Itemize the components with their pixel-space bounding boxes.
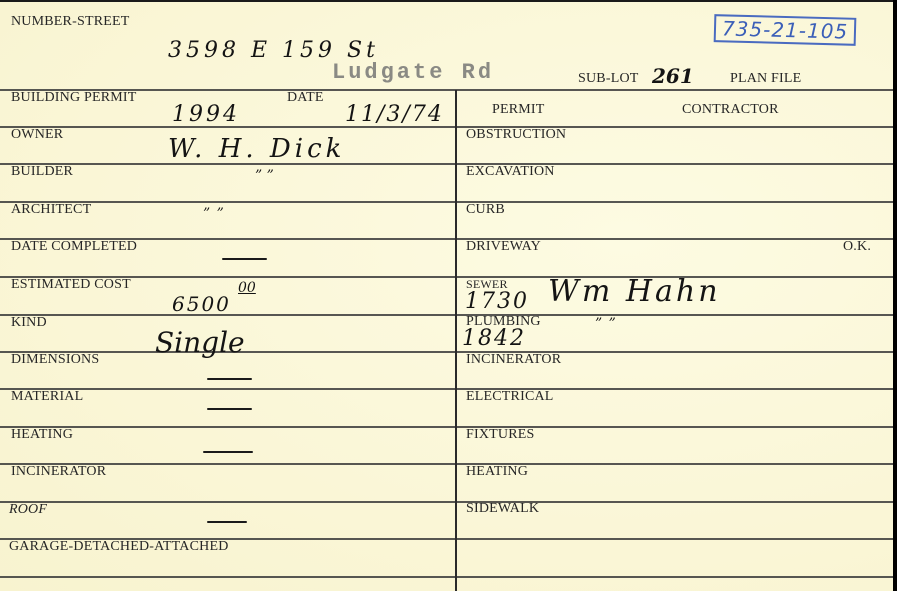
electrical-label: ELECTRICAL [466, 389, 554, 405]
plumbing-permit: 1842 [462, 326, 526, 351]
permit-column-header: PERMIT [492, 102, 545, 118]
rule [0, 463, 893, 465]
rule [0, 126, 893, 128]
architect-value: ” ” [203, 206, 225, 222]
estimated-cost-cents: 00 [238, 280, 256, 296]
rule [0, 351, 893, 353]
sewer-contractor: Wm Hahn [548, 274, 721, 309]
contractor-column-header: CONTRACTOR [682, 102, 779, 118]
street-stamp: Ludgate Rd [332, 60, 494, 85]
dimensions-dash [207, 378, 252, 380]
driveway-label: DRIVEWAY [466, 239, 541, 255]
file-number: 735-21-105 [722, 16, 849, 43]
rule [0, 201, 893, 203]
excavation-label: EXCAVATION [466, 164, 555, 180]
sewer-permit: 1730 [465, 289, 529, 314]
material-dash [207, 408, 252, 410]
heating-label: HEATING [11, 427, 73, 443]
sidewalk-label: SIDEWALK [466, 501, 539, 517]
garage-label: GARAGE-DETACHED-ATTACHED [9, 539, 229, 555]
number-street-label: NUMBER-STREET [11, 14, 130, 30]
dimensions-label: DIMENSIONS [11, 352, 99, 368]
rule [0, 576, 893, 578]
incinerator-label: INCINERATOR [11, 464, 106, 480]
rule [0, 276, 893, 278]
architect-label: ARCHITECT [11, 202, 91, 218]
date-completed-label: DATE COMPLETED [11, 239, 137, 255]
builder-label: BUILDER [11, 164, 73, 180]
kind-value: Single [155, 326, 245, 359]
heating-dash [203, 451, 253, 453]
estimated-cost-value: 6500 [172, 292, 231, 316]
date-label: DATE [287, 90, 324, 106]
date-value: 11/3/74 [345, 102, 444, 127]
kind-label: KIND [11, 315, 47, 331]
date-completed-dash [222, 258, 267, 260]
rule [0, 426, 893, 428]
sub-lot-label: SUB-LOT [578, 71, 639, 87]
fixtures-label: FIXTURES [466, 427, 535, 443]
column-divider [455, 90, 457, 591]
estimated-cost-label: ESTIMATED COST [11, 277, 131, 293]
file-number-box: 735-21-105 [714, 14, 857, 46]
obstruction-label: OBSTRUCTION [466, 127, 566, 143]
permit-card: 735-21-105 NUMBER-STREET 3598 E 159 St L… [0, 0, 893, 591]
owner-value: W. H. Dick [168, 134, 345, 164]
building-permit-value: 1994 [172, 102, 240, 127]
building-permit-label: BUILDING PERMIT [11, 90, 137, 106]
sub-lot-value: 261 [652, 64, 694, 88]
rule [0, 501, 893, 503]
material-label: MATERIAL [11, 389, 83, 405]
plan-file-label: PLAN FILE [730, 71, 801, 87]
plumbing-contractor: ” ” [595, 316, 617, 332]
roof-label: ROOF [9, 502, 47, 518]
heating-right-label: HEATING [466, 464, 528, 480]
incinerator-right-label: INCINERATOR [466, 352, 561, 368]
builder-value: ” ” [255, 168, 274, 184]
rule [0, 163, 893, 165]
driveway-note: O.K. [843, 239, 871, 255]
rule [0, 388, 893, 390]
owner-label: OWNER [11, 127, 63, 143]
curb-label: CURB [466, 202, 505, 218]
roof-dash [207, 521, 247, 523]
rule [0, 314, 893, 316]
